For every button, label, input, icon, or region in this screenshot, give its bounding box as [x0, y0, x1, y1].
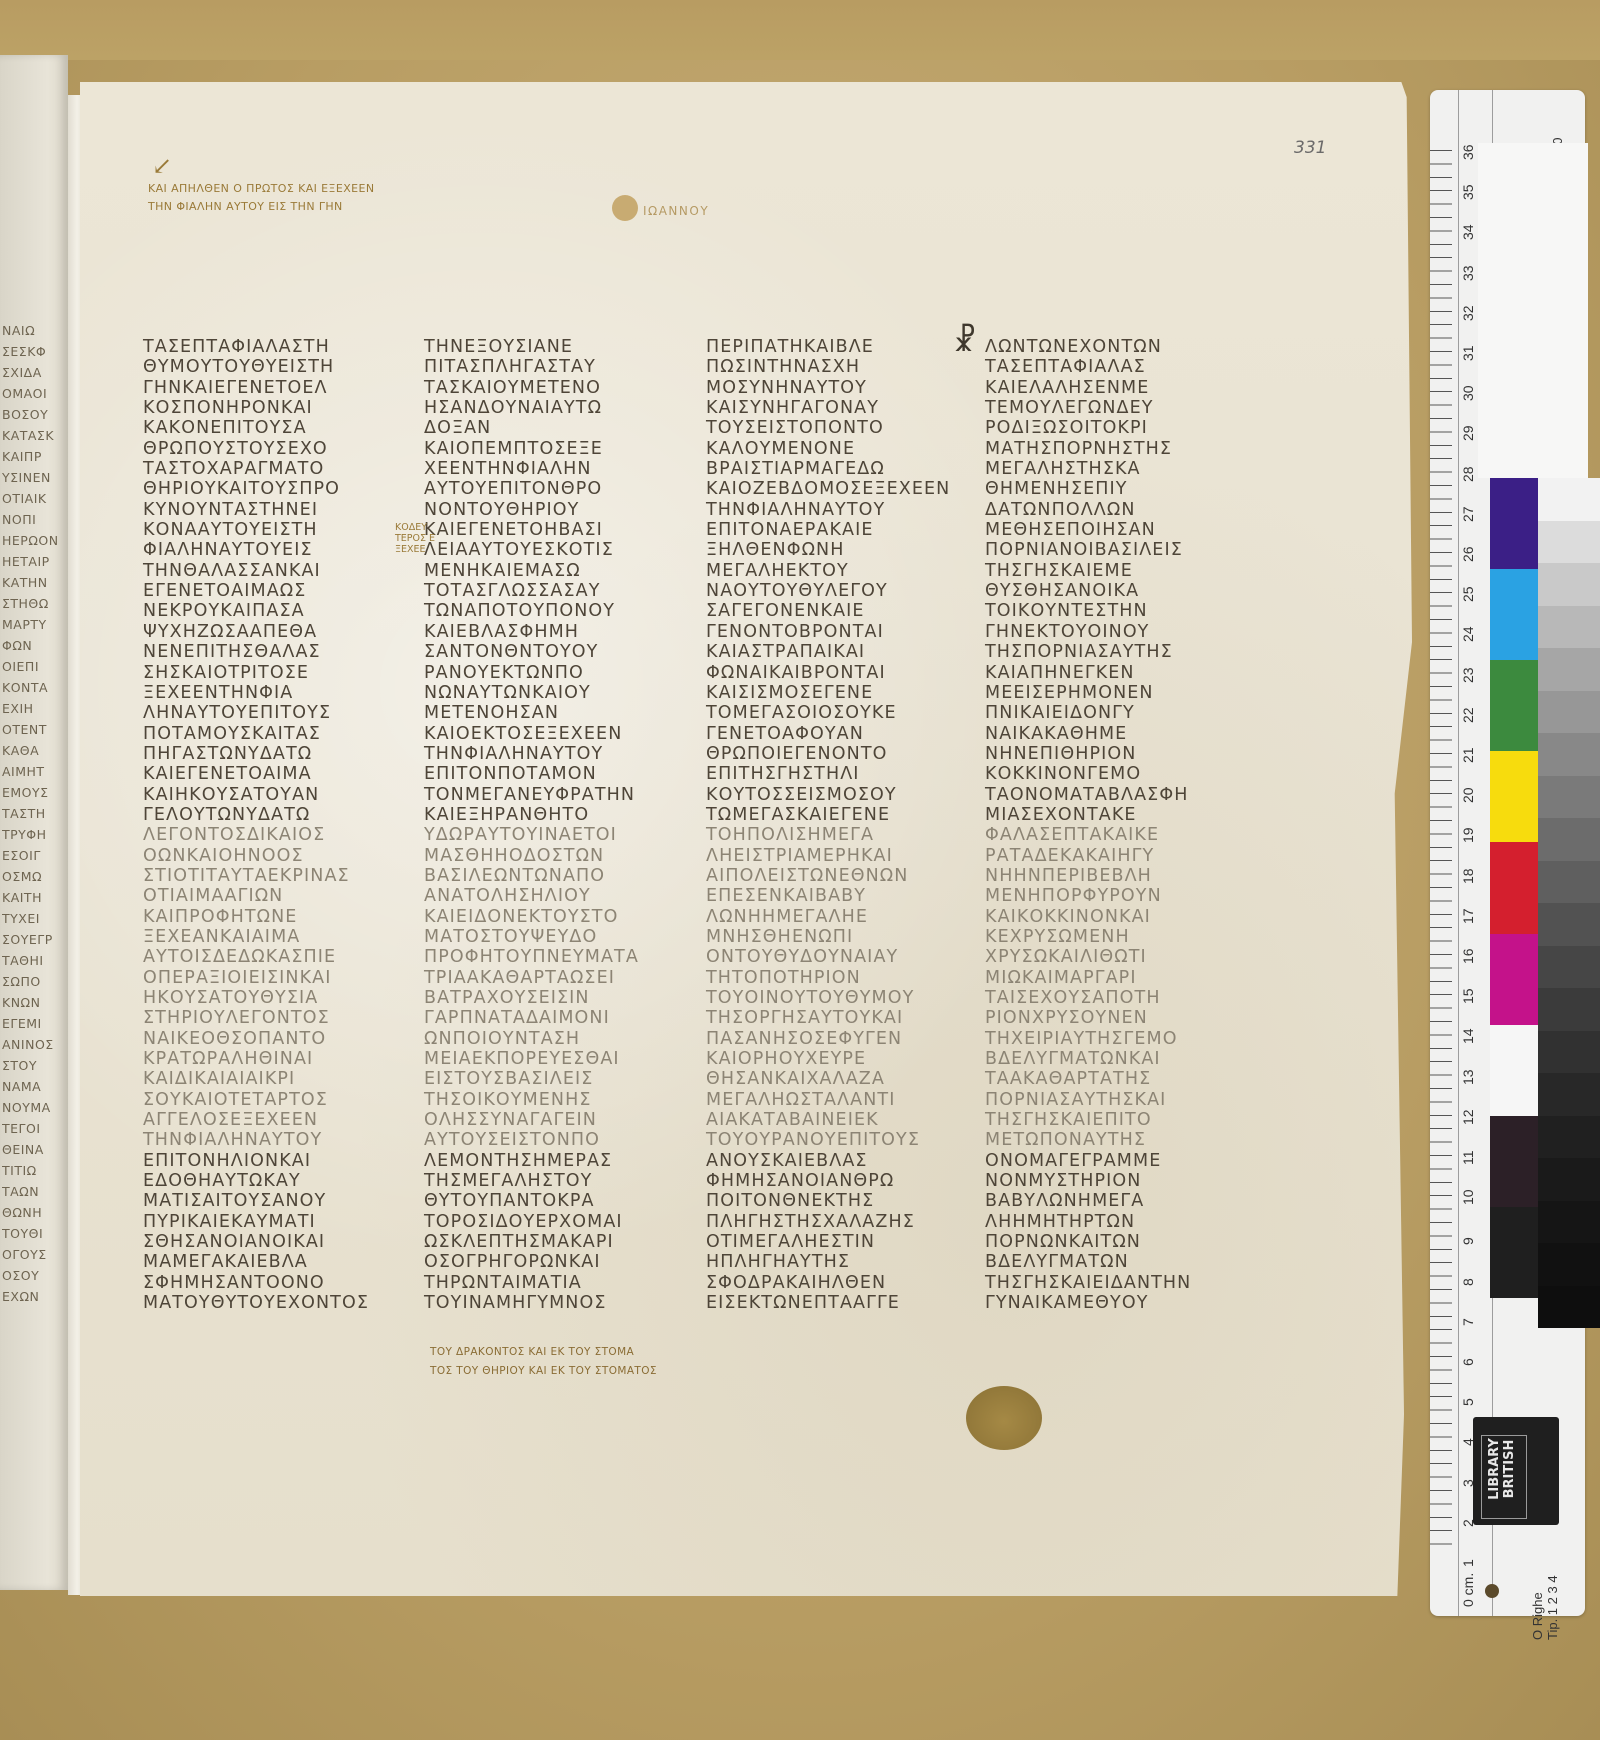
- verso-line: ΚΟΝΤΑ: [2, 677, 66, 698]
- color-swatch: [1490, 1207, 1538, 1298]
- text-line: ΠΟΡΝΙΑΣΑΥΤΗΣΚΑΙ: [985, 1090, 1191, 1110]
- insertion-arrow-icon: ↙: [152, 152, 172, 180]
- text-line: ΗΠΛΗΓΗΑΥΤΗΣ: [706, 1252, 950, 1272]
- staurogram-cross-icon: ☧: [953, 324, 977, 359]
- text-line: ΓΗΝΚΑΙΕΓΕΝΕΤΟΕΛ: [143, 378, 369, 398]
- text-line: ΤΕΜΟΥΛΕΓΩΝΔΕΥ: [985, 398, 1191, 418]
- verso-line: ΥΣΙΝΕΝ: [2, 467, 66, 488]
- verso-line: ΚΑΤΑΣΚ: [2, 425, 66, 446]
- text-line: ΧΡΥΣΩΚΑΙΛΙΘΩΤΙ: [985, 947, 1191, 967]
- text-line: ΜΕΙΑΕΚΠΟΡΕΥΕΣΘΑΙ: [424, 1049, 639, 1069]
- gray-step: [1538, 733, 1600, 776]
- ruler-number: 30: [1460, 386, 1476, 402]
- text-line: ΚΑΙΕΓΕΝΕΤΟΑΙΜΑ: [143, 764, 369, 784]
- text-line: ΛΗΕΙΣΤΡΙΑΜΕΡΗΚΑΙ: [706, 846, 950, 866]
- text-line: ΜΕΝΗΚΑΙΕΜΑΣΩ: [424, 561, 639, 581]
- verso-line: ΕΓΕΜΙ: [2, 1013, 66, 1034]
- ruler-number: 9: [1460, 1238, 1476, 1246]
- ruler-number: 18: [1460, 868, 1476, 884]
- text-line: ΛΕΓΟΝΤΟΣΔΙΚΑΙΟΣ: [143, 825, 369, 845]
- text-line: ΤΟΤΑΣΓΛΩΣΣΑΣΑΥ: [424, 581, 639, 601]
- gray-step: [1538, 478, 1600, 521]
- text-line: ΜΑΣΘΗΗΟΔΟΣΤΩΝ: [424, 846, 639, 866]
- text-line: ΠΝΙΚΑΙΕΙΔΟΝΓΥ: [985, 703, 1191, 723]
- text-line: ΧΕΕΝΤΗΝΦΙΑΛΗΝ: [424, 459, 639, 479]
- text-line: ΓΑΡΠΝΑΤΑΔΑΙΜΟΝΙ: [424, 1008, 639, 1028]
- verso-line: ΝΟΥΜΑ: [2, 1097, 66, 1118]
- ruler-number: 10: [1460, 1190, 1476, 1206]
- verso-text-fragments: ΝΑΙΩΣΕΣΚΦΣΧΙΔΑΟΜΑΟΙΒΟΣΟΥΚΑΤΑΣΚΚΑΙΠΡΥΣΙΝΕ…: [2, 320, 66, 1307]
- text-line: ΕΠΕΣΕΝΚΑΙΒΑΒΥ: [706, 886, 950, 906]
- text-line: ΤΟΙΚΟΥΝΤΕΣΤΗΝ: [985, 601, 1191, 621]
- verso-line: ΗΕΡΩΟΝ: [2, 530, 66, 551]
- verso-line: ΟΤΕΝΤ: [2, 719, 66, 740]
- text-line: ΤΑΣΚΑΙΟΥΜΕΤΕΝΟ: [424, 378, 639, 398]
- text-line: ΟΤΙΑΙΜΑΑΓΙΩΝ: [143, 886, 369, 906]
- text-line: ΣΑΓΕΓΟΝΕΝΚΑΙΕ: [706, 601, 950, 621]
- text-line: ΚΑΙΑΠΗΝΕΓΚΕΝ: [985, 663, 1191, 683]
- gray-step: [1538, 988, 1600, 1031]
- verso-line: ΝΑΜΑ: [2, 1076, 66, 1097]
- text-line: ΚΑΙΟΖΕΒΔΟΜΟΣΕΞΕΧΕΕΝ: [706, 479, 950, 499]
- text-column-4: ΛΩΝΤΩΝΕΧΟΝΤΩΝΤΑΣΕΠΤΑΦΙΑΛΑΣΚΑΙΕΛΑΛΗΣΕΝΜΕΤ…: [985, 337, 1191, 1314]
- gray-step: [1538, 946, 1600, 989]
- ruler-number: 27: [1460, 506, 1476, 522]
- text-line: ΚΥΝΟΥΝΤΑΣΤΗΝΕΙ: [143, 500, 369, 520]
- text-line: ΜΕΕΙΣΕΡΗΜΟΝΕΝ: [985, 683, 1191, 703]
- text-line: ΠΗΓΑΣΤΩΝΥΔΑΤΩ: [143, 744, 369, 764]
- text-line: ΚΡΑΤΩΡΑΛΗΘΙΝΑΙ: [143, 1049, 369, 1069]
- verso-line: ΚΑΙΤΗ: [2, 887, 66, 908]
- intercolumnar-correction: ΚΟΔΕΥ ΤΕΡΟΣ Ε ΞΕΧΕΕ: [395, 522, 435, 555]
- tag-text: LIBRARY BRITISH: [1487, 1429, 1517, 1509]
- text-line: ΤΗΝΕΞΟΥΣΙΑΝΕ: [424, 337, 639, 357]
- text-line: ΜΕΓΑΛΗΕΚΤΟΥ: [706, 561, 950, 581]
- text-line: ΚΑΙΣΥΝΗΓΑΓΟΝΑΥ: [706, 398, 950, 418]
- ruler-number: 29: [1460, 426, 1476, 442]
- verso-line: ΒΟΣΟΥ: [2, 404, 66, 425]
- text-line: ΝΑΟΥΤΟΥΘΥΛΕΓΟΥ: [706, 581, 950, 601]
- text-line: ΒΔΕΛΥΓΜΑΤΩΝ: [985, 1252, 1191, 1272]
- text-line: ΟΠΕΡΑΞΙΟΙΕΙΣΙΝΚΑΙ: [143, 968, 369, 988]
- text-line: ΜΙΑΣΕΧΟΝΤΑΚΕ: [985, 805, 1191, 825]
- text-line: ΡΙΟΝΧΡΥΣΟΥΝΕΝ: [985, 1008, 1191, 1028]
- text-line: ΝΕΝΕΠΙΤΗΣΘΑΛΑΣ: [143, 642, 369, 662]
- text-line: ΒΔΕΛΥΓΜΑΤΩΝΚΑΙ: [985, 1049, 1191, 1069]
- text-line: ΛΗΗΜΗΤΗΡΤΩΝ: [985, 1212, 1191, 1232]
- verso-line: ΤΑΣΤΗ: [2, 803, 66, 824]
- verso-line: ΗΕΤΑΙΡ: [2, 551, 66, 572]
- text-line: ΘΡΩΠΟΙΕΓΕΝΟΝΤΟ: [706, 744, 950, 764]
- text-line: ΝΗΝΕΠΙΘΗΡΙΟΝ: [985, 744, 1191, 764]
- text-line: ΚΟΚΚΙΝΟΝΓΕΜΟ: [985, 764, 1191, 784]
- verso-line: ΤΑΩΝ: [2, 1181, 66, 1202]
- ruler-number: 7: [1460, 1318, 1476, 1326]
- margin-note-line: ΤΗΝ ΦΙΑΛΗΝ ΑΥΤΟΥ ΕΙΣ ΤΗΝ ΓΗΝ: [148, 198, 375, 216]
- color-swatch: [1490, 569, 1538, 660]
- text-line: ΠΡΟΦΗΤΟΥΠΝΕΥΜΑΤΑ: [424, 947, 639, 967]
- text-line: ΣΦΗΜΗΣΑΝΤΟΟΝΟ: [143, 1273, 369, 1293]
- text-line: ΟΣΟΓΡΗΓΟΡΩΝΚΑΙ: [424, 1252, 639, 1272]
- text-line: ΤΗΡΩΝΤΑΙΜΑΤΙΑ: [424, 1273, 639, 1293]
- text-line: ΑΙΑΚΑΤΑΒΑΙΝΕΙΕΚ: [706, 1110, 950, 1130]
- gray-step: [1538, 1158, 1600, 1201]
- verso-line: ΕΧΩΝ: [2, 1286, 66, 1307]
- text-line: ΜΙΩΚΑΙΜΑΡΓΑΡΙ: [985, 968, 1191, 988]
- verso-line: ΣΟΥΕΓΡ: [2, 929, 66, 950]
- gray-step: [1538, 1031, 1600, 1074]
- text-line: ΔΑΤΩΝΠΟΛΛΩΝ: [985, 500, 1191, 520]
- ruler-number: 36: [1460, 144, 1476, 160]
- text-line: ΞΕΧΕΑΝΚΑΙΑΙΜΑ: [143, 927, 369, 947]
- ruler-number: 11: [1460, 1150, 1476, 1165]
- text-line: ΤΟΡΟΣΙΔΟΥΕΡΧΟΜΑΙ: [424, 1212, 639, 1232]
- ruler-bottom-label: O Righe Tip. 1 2 3 4: [1530, 1570, 1560, 1640]
- text-line: ΕΠΙΤΟΝΗΛΙΟΝΚΑΙ: [143, 1151, 369, 1171]
- text-line: ΤΟΜΕΓΑΣΟΙΟΣΟΥΚΕ: [706, 703, 950, 723]
- ruler-hole: [1485, 1584, 1499, 1598]
- text-line: ΚΑΙΟΕΚΤΟΣΕΞΕΧΕΕΝ: [424, 724, 639, 744]
- ruler-number: 15: [1460, 989, 1476, 1005]
- text-line: ΚΟΣΠΟΝΗΡΟΝΚΑΙ: [143, 398, 369, 418]
- text-line: ΤΡΙΑΑΚΑΘΑΡΤΑΩΣΕΙ: [424, 968, 639, 988]
- verso-line: ΚΑΙΠΡ: [2, 446, 66, 467]
- text-line: ΝΗΗΝΠΕΡΙΒΕΒΛΗ: [985, 866, 1191, 886]
- gray-step: [1538, 606, 1600, 649]
- text-line: ΘΗΡΙΟΥΚΑΙΤΟΥΣΠΡΟ: [143, 479, 369, 499]
- text-line: ΤΗΣΓΗΣΚΑΙΕΜΕ: [985, 561, 1191, 581]
- text-line: ΤΟΥΙΝΑΜΗΓΥΜΝΟΣ: [424, 1293, 639, 1313]
- text-line: ΠΟΡΝΩΝΚΑΙΤΩΝ: [985, 1232, 1191, 1252]
- verso-line: ΟΣΜΩ: [2, 866, 66, 887]
- text-line: ΤΟΥΟΥΡΑΝΟΥΕΠΙΤΟΥΣ: [706, 1130, 950, 1150]
- ruler-number: 21: [1460, 747, 1476, 763]
- text-line: ΘΥΤΟΥΠΑΝΤΟΚΡΑ: [424, 1191, 639, 1211]
- ruler-number: 24: [1460, 627, 1476, 643]
- ruler-line: [1458, 90, 1459, 1616]
- running-title: ΙΩΑΝΝΟΥ: [643, 204, 709, 218]
- text-line: ΜΝΗΣΘΗΕΝΩΠΙ: [706, 927, 950, 947]
- text-line: ΤΗΣΠΟΡΝΙΑΣΑΥΤΗΣ: [985, 642, 1191, 662]
- text-line: ΤΗΤΟΠΟΤΗΡΙΟΝ: [706, 968, 950, 988]
- gray-step: [1538, 1243, 1600, 1286]
- text-line: ΜΕΓΑΛΗΩΣΤΑΛΑΝΤΙ: [706, 1090, 950, 1110]
- text-line: ΟΝΟΜΑΓΕΓΡΑΜΜΕ: [985, 1151, 1191, 1171]
- verso-line: ΝΟΠΙ: [2, 509, 66, 530]
- ruler-number: 1: [1460, 1559, 1476, 1567]
- margin-note-line: ΚΑΙ ΑΠΗΛΘΕΝ Ο ΠΡΩΤΟΣ ΚΑΙ ΕΞΕΧΕΕΝ: [148, 180, 375, 198]
- gray-step: [1538, 563, 1600, 606]
- text-line: ΠΩΣΙΝΤΗΝΑΣΧΗ: [706, 357, 950, 377]
- gray-step: [1538, 1201, 1600, 1244]
- text-line: ΛΕΜΟΝΤΗΣΗΜΕΡΑΣ: [424, 1151, 639, 1171]
- text-line: ΠΟΡΝΙΑΝΟΙΒΑΣΙΛΕΙΣ: [985, 540, 1191, 560]
- text-line: ΠΟΤΑΜΟΥΣΚΑΙΤΑΣ: [143, 724, 369, 744]
- text-line: ΘΗΣΑΝΚΑΙΧΑΛΑΖΑ: [706, 1069, 950, 1089]
- text-line: ΚΑΛΟΥΜΕΝΟΝΕ: [706, 439, 950, 459]
- text-line: ΩΣΚΛΕΠΤΗΣΜΑΚΑΡΙ: [424, 1232, 639, 1252]
- text-line: ΚΑΙΚΟΚΚΙΝΟΝΚΑΙ: [985, 907, 1191, 927]
- text-line: ΤΗΣΓΗΣΚΑΙΕΠΙΤΟ: [985, 1110, 1191, 1130]
- text-line: ΠΑΣΑΝΗΣΟΣΕΦΥΓΕΝ: [706, 1029, 950, 1049]
- text-line: ΕΠΙΤΟΝΑΕΡΑΚΑΙΕ: [706, 520, 950, 540]
- text-line: ΣΑΝΤΟΝΘΝΤΟΥΟΥ: [424, 642, 639, 662]
- gray-step: [1538, 861, 1600, 904]
- text-line: ΤΗΣΜΕΓΑΛΗΣΤΟΥ: [424, 1171, 639, 1191]
- text-line: ΚΑΙΕΞΗΡΑΝΘΗΤΟ: [424, 805, 639, 825]
- text-line: ΜΑΤΗΣΠΟΡΝΗΣΤΗΣ: [985, 439, 1191, 459]
- text-line: ΗΚΟΥΣΑΤΟΥΘΥΣΙΑ: [143, 988, 369, 1008]
- text-line: ΤΑΙΣΕΧΟΥΣΑΠΟΤΗ: [985, 988, 1191, 1008]
- text-line: ΤΗΣΟΡΓΗΣΑΥΤΟΥΚΑΙ: [706, 1008, 950, 1028]
- verso-line: ΤΟΥΘΙ: [2, 1223, 66, 1244]
- color-swatch: [1490, 1025, 1538, 1116]
- color-swatch: [1490, 660, 1538, 751]
- text-line: ΜΕΤΩΠΟΝΑΥΤΗΣ: [985, 1130, 1191, 1150]
- mounting-board-top: [0, 0, 1600, 60]
- text-line: ΡΑΝΟΥΕΚΤΩΝΠΟ: [424, 663, 639, 683]
- text-line: ΟΝΤΟΥΘΥΔΟΥΝΑΙΑΥ: [706, 947, 950, 967]
- color-swatch: [1490, 751, 1538, 842]
- ruler-number: 6: [1460, 1358, 1476, 1366]
- text-line: ΤΑΑΚΑΘΑΡΤΑΤΗΣ: [985, 1069, 1191, 1089]
- text-line: ΟΩΝΚΑΙΟΗΝΟΟΣ: [143, 846, 369, 866]
- text-line: ΤΟΥΣΕΙΣΤΟΠΟΝΤΟ: [706, 418, 950, 438]
- text-line: ΤΗΣΟΙΚΟΥΜΕΝΗΣ: [424, 1090, 639, 1110]
- tag-line: LIBRARY: [1487, 1429, 1502, 1509]
- ruler-number: 28: [1460, 466, 1476, 482]
- text-line: ΘΥΣΘΗΣΑΝΟΙΚΑ: [985, 581, 1191, 601]
- note-line: ΤΟΣ ΤΟΥ ΘΗΡΙΟΥ ΚΑΙ ΕΚ ΤΟΥ ΣΤΟΜΑΤΟΣ: [430, 1362, 657, 1381]
- ruler-number: 16: [1460, 948, 1476, 964]
- text-line: ΤΗΝΦΙΑΛΗΝΑΥΤΟΥ: [706, 500, 950, 520]
- ruler-number: 14: [1460, 1029, 1476, 1045]
- text-line: ΣΦΟΔΡΑΚΑΙΗΛΘΕΝ: [706, 1273, 950, 1293]
- text-line: ΘΥΜΟΥΤΟΥΘΥΕΙΣΤΗ: [143, 357, 369, 377]
- text-line: ΝΟΝΜΥΣΤΗΡΙΟΝ: [985, 1171, 1191, 1191]
- text-line: ΞΗΛΘΕΝΦΩΝΗ: [706, 540, 950, 560]
- text-line: ΠΙΤΑΣΠΛΗΓΑΣΤΑΥ: [424, 357, 639, 377]
- verso-line: ΤΥΧΕΙ: [2, 908, 66, 929]
- text-line: ΟΛΗΣΣΥΝΑΓΑΓΕΙΝ: [424, 1110, 639, 1130]
- ruler-number: 25: [1460, 587, 1476, 603]
- gray-step: [1538, 521, 1600, 564]
- ruler-number: 17: [1460, 908, 1476, 924]
- ruler-number: 13: [1460, 1069, 1476, 1085]
- verso-line: ΤΡΥΦΗ: [2, 824, 66, 845]
- text-line: ΘΗΜΕΝΗΣΕΠΙΥ: [985, 479, 1191, 499]
- text-line: ΒΑΤΡΑΧΟΥΣΕΙΣΙΝ: [424, 988, 639, 1008]
- text-line: ΕΠΙΤΟΝΠΟΤΑΜΟΝ: [424, 764, 639, 784]
- ruler-number: 33: [1460, 265, 1476, 281]
- bottom-margin-correction: ΤΟΥ ΔΡΑΚΟΝΤΟΣ ΚΑΙ ΕΚ ΤΟΥ ΣΤΟΜΑ ΤΟΣ ΤΟΥ Θ…: [430, 1343, 657, 1381]
- verso-page-edge: ΝΑΙΩΣΕΣΚΦΣΧΙΔΑΟΜΑΟΙΒΟΣΟΥΚΑΤΑΣΚΚΑΙΠΡΥΣΙΝΕ…: [0, 55, 68, 1590]
- verso-line: ΝΑΙΩ: [2, 320, 66, 341]
- note-line: ΚΟΔΕΥ: [395, 522, 435, 533]
- text-line: ΕΙΣΤΟΥΣΒΑΣΙΛΕΙΣ: [424, 1069, 639, 1089]
- text-line: ΠΥΡΙΚΑΙΕΚΑΥΜΑΤΙ: [143, 1212, 369, 1232]
- ruler-number: 12: [1460, 1109, 1476, 1125]
- folio-number: 331: [1294, 138, 1326, 158]
- verso-line: ΤΙΤΙΩ: [2, 1160, 66, 1181]
- text-line: ΜΕΓΑΛΗΣΤΗΣΚΑ: [985, 459, 1191, 479]
- color-swatch: [1490, 478, 1538, 569]
- text-column-2: ΤΗΝΕΞΟΥΣΙΑΝΕΠΙΤΑΣΠΛΗΓΑΣΤΑΥΤΑΣΚΑΙΟΥΜΕΤΕΝΟ…: [424, 337, 639, 1314]
- text-line: ΒΡΑΙΣΤΙΑΡΜΑΓΕΔΩ: [706, 459, 950, 479]
- text-line: ΚΑΙΔΙΚΑΙΑΙΑΙΚΡΙ: [143, 1069, 369, 1089]
- verso-line: ΤΑΘΗΙ: [2, 950, 66, 971]
- text-line: ΚΑΙΠΡΟΦΗΤΩΝΕ: [143, 907, 369, 927]
- text-line: ΓΕΝΕΤΟΑΦΟΥΑΝ: [706, 724, 950, 744]
- text-line: ΦΩΝΑΙΚΑΙΒΡΟΝΤΑΙ: [706, 663, 950, 683]
- text-line: ΒΑΒΥΛΩΝΗΜΕΓΑ: [985, 1191, 1191, 1211]
- gray-step: [1538, 1116, 1600, 1159]
- gray-step: [1538, 818, 1600, 861]
- verso-line: ΚΝΩΝ: [2, 992, 66, 1013]
- verso-line: ΦΩΝ: [2, 635, 66, 656]
- parchment-hole: [966, 1386, 1042, 1450]
- text-line: ΛΩΝΗΗΜΕΓΑΛΗΕ: [706, 907, 950, 927]
- text-line: ΛΕΙΑΑΥΤΟΥΕΣΚΟΤΙΣ: [424, 540, 639, 560]
- verso-line: ΤΕΓΟΙ: [2, 1118, 66, 1139]
- text-line: ΤΩΜΕΓΑΣΚΑΙΕΓΕΝΕ: [706, 805, 950, 825]
- text-line: ΤΗΝΘΑΛΑΣΣΑΝΚΑΙ: [143, 561, 369, 581]
- verso-line: ΣΧΙΔΑ: [2, 362, 66, 383]
- text-line: ΤΑΣΕΠΤΑΦΙΑΛΑΣΤΗ: [143, 337, 369, 357]
- text-line: ΜΕΘΗΣΕΠΟΙΗΣΑΝ: [985, 520, 1191, 540]
- text-line: ΒΑΣΙΛΕΩΝΤΩΝΑΠΟ: [424, 866, 639, 886]
- text-line: ΤΑΟΝΟΜΑΤΑΒΛΑΣΦΗ: [985, 785, 1191, 805]
- text-line: ΜΑΜΕΓΑΚΑΙΕΒΛΑ: [143, 1252, 369, 1272]
- text-line: ΝΑΙΚΑΚΑΘΗΜΕ: [985, 724, 1191, 744]
- color-card-white-panel: [1478, 143, 1588, 478]
- top-margin-correction: ΚΑΙ ΑΠΗΛΘΕΝ Ο ΠΡΩΤΟΣ ΚΑΙ ΕΞΕΧΕΕΝ ΤΗΝ ΦΙΑ…: [148, 180, 375, 216]
- verso-line: ΟΙΕΠΙ: [2, 656, 66, 677]
- text-line: ΑΥΤΟΙΣΔΕΔΩΚΑΣΠΙΕ: [143, 947, 369, 967]
- text-line: ΦΑΛΑΣΕΠΤΑΚΑΙΚΕ: [985, 825, 1191, 845]
- text-line: ΚΟΥΤΟΣΣΕΙΣΜΟΣΟΥ: [706, 785, 950, 805]
- text-line: ΣΟΥΚΑΙΟΤΕΤΑΡΤΟΣ: [143, 1090, 369, 1110]
- verso-line: ΘΩΝΗ: [2, 1202, 66, 1223]
- color-swatch: [1490, 1116, 1538, 1207]
- verso-line: ΚΑΤΗΝ: [2, 572, 66, 593]
- gray-scale: [1538, 478, 1600, 1328]
- verso-line: ΟΣΟΥ: [2, 1265, 66, 1286]
- text-line: ΤΑΣΤΟΧΑΡΑΓΜΑΤΟ: [143, 459, 369, 479]
- ruler-number: 19: [1460, 828, 1476, 844]
- text-line: ΑΥΤΟΥΕΠΙΤΟΝΘΡΟ: [424, 479, 639, 499]
- text-line: ΗΣΑΝΔΟΥΝΑΙΑΥΤΩ: [424, 398, 639, 418]
- text-line: ΔΟΞΑΝ: [424, 418, 639, 438]
- ruler-number: 35: [1460, 185, 1476, 201]
- text-line: ΤΗΣΓΗΣΚΑΙΕΙΔΑΝΤΗΝ: [985, 1273, 1191, 1293]
- ruler-number: 0 cm.: [1460, 1573, 1476, 1607]
- text-line: ΥΔΩΡΑΥΤΟΥΙΝΑΕΤΟΙ: [424, 825, 639, 845]
- gray-step: [1538, 776, 1600, 819]
- verso-line: ΚΑΘΑ: [2, 740, 66, 761]
- text-line: ΓΕΝΟΝΤΟΒΡΟΝΤΑΙ: [706, 622, 950, 642]
- text-line: ΚΑΙΑΣΤΡΑΠΑΙΚΑΙ: [706, 642, 950, 662]
- gray-step: [1538, 691, 1600, 734]
- ruler-number: 20: [1460, 788, 1476, 804]
- text-line: ΚΑΙΕΒΛΑΣΦΗΜΗ: [424, 622, 639, 642]
- ruler-ticks: [1430, 150, 1452, 1550]
- text-line: ΚΑΙΟΠΕΜΠΤΟΣΕΞΕ: [424, 439, 639, 459]
- gray-step: [1538, 1073, 1600, 1116]
- text-line: ΡΑΤΑΔΕΚΑΚΑΙΗΓΥ: [985, 846, 1191, 866]
- ruler-number: 8: [1460, 1278, 1476, 1286]
- verso-line: ΣΤΗΘΩ: [2, 593, 66, 614]
- text-line: ΚΑΙΕΙΔΟΝΕΚΤΟΥΣΤΟ: [424, 907, 639, 927]
- text-line: ΩΝΠΟΙΟΥΝΤΑΣΗ: [424, 1029, 639, 1049]
- text-line: ΤΟΥΟΙΝΟΥΤΟΥΘΥΜΟΥ: [706, 988, 950, 1008]
- verso-line: ΑΝΙΝΟΣ: [2, 1034, 66, 1055]
- text-line: ΜΑΤΟΥΘΥΤΟΥΕΧΟΝΤΟΣ: [143, 1293, 369, 1313]
- text-line: ΕΓΕΝΕΤΟΑΙΜΑΩΣ: [143, 581, 369, 601]
- text-line: ΜΑΤΟΣΤΟΥΨΕΥΔΟ: [424, 927, 639, 947]
- verso-line: ΕΧΙΗ: [2, 698, 66, 719]
- text-line: ΕΠΙΤΗΣΓΗΣΤΗΛΙ: [706, 764, 950, 784]
- gray-step: [1538, 648, 1600, 691]
- ruler-number: 31: [1460, 345, 1476, 361]
- text-line: ΡΟΔΙΞΩΣΟΙΤΟΚΡΙ: [985, 418, 1191, 438]
- text-line: ΞΕΧΕΕΝΤΗΝΦΙΑ: [143, 683, 369, 703]
- ruler-number: 23: [1460, 667, 1476, 683]
- text-line: ΣΘΗΣΑΝΟΙΑΝΟΙΚΑΙ: [143, 1232, 369, 1252]
- text-line: ΚΑΙΟΡΗΟΥΧΕΥΡΕ: [706, 1049, 950, 1069]
- text-line: ΤΟΗΠΟΛΙΣΗΜΕΓΑ: [706, 825, 950, 845]
- stain-dot: [612, 195, 638, 221]
- text-line: ΤΗΧΕΙΡΙΑΥΤΗΣΓΕΜΟ: [985, 1029, 1191, 1049]
- text-line: ΜΕΤΕΝΟΗΣΑΝ: [424, 703, 639, 723]
- text-line: ΟΤΙΜΕΓΑΛΗΕΣΤΙΝ: [706, 1232, 950, 1252]
- text-line: ΚΑΙΣΙΣΜΟΣΕΓΕΝΕ: [706, 683, 950, 703]
- text-line: ΛΗΝΑΥΤΟΥΕΠΙΤΟΥΣ: [143, 703, 369, 723]
- text-line: ΛΩΝΤΩΝΕΧΟΝΤΩΝ: [985, 337, 1191, 357]
- text-line: ΝΩΝΑΥΤΩΝΚΑΙΟΥ: [424, 683, 639, 703]
- text-line: ΝΟΝΤΟΥΘΗΡΙΟΥ: [424, 500, 639, 520]
- text-line: ΦΗΜΗΣΑΝΟΙΑΝΘΡΩ: [706, 1171, 950, 1191]
- color-swatches: [1490, 478, 1540, 1298]
- verso-line: ΟΤΙΑΙΚ: [2, 488, 66, 509]
- text-line: ΚΑΙΕΓΕΝΕΤΟΗΒΑΣΙ: [424, 520, 639, 540]
- british-library-tag: LIBRARY BRITISH: [1473, 1417, 1559, 1525]
- text-line: ΕΔΟΘΗΑΥΤΩΚΑΥ: [143, 1171, 369, 1191]
- color-swatch: [1490, 842, 1538, 933]
- text-line: ΝΑΙΚΕΟΘΣΟΠΑΝΤΟ: [143, 1029, 369, 1049]
- gray-step: [1538, 1286, 1600, 1329]
- text-column-3: ΠΕΡΙΠΑΤΗΚΑΙΒΛΕΠΩΣΙΝΤΗΝΑΣΧΗΜΟΣΥΝΗΝΑΥΤΟΥΚΑ…: [706, 337, 950, 1314]
- text-line: ΜΑΤΙΣΑΙΤΟΥΣΑΝΟΥ: [143, 1191, 369, 1211]
- note-line: ΤΟΥ ΔΡΑΚΟΝΤΟΣ ΚΑΙ ΕΚ ΤΟΥ ΣΤΟΜΑ: [430, 1343, 657, 1362]
- text-line: ΣΗΣΚΑΙΟΤΡΙΤΟΣΕ: [143, 663, 369, 683]
- verso-line: ΣΤΟΥ: [2, 1055, 66, 1076]
- ruler-number: 32: [1460, 305, 1476, 321]
- text-line: ΓΥΝΑΙΚΑΜΕΘΥΟΥ: [985, 1293, 1191, 1313]
- gray-step: [1538, 903, 1600, 946]
- text-line: ΓΗΝΕΚΤΟΥΟΙΝΟΥ: [985, 622, 1191, 642]
- text-line: ΚΑΚΟΝΕΠΙΤΟΥΣΑ: [143, 418, 369, 438]
- text-line: ΠΛΗΓΗΣΤΗΣΧΑΛΑΖΗΣ: [706, 1212, 950, 1232]
- verso-line: ΟΜΑΟΙ: [2, 383, 66, 404]
- text-line: ΤΩΝΑΠΟΤΟΥΠΟΝΟΥ: [424, 601, 639, 621]
- text-line: ΑΝΟΥΣΚΑΙΕΒΛΑΣ: [706, 1151, 950, 1171]
- verso-line: ΣΩΠΟ: [2, 971, 66, 992]
- text-line: ΤΟΝΜΕΓΑΝΕΥΦΡΑΤΗΝ: [424, 785, 639, 805]
- text-line: ΜΟΣΥΝΗΝΑΥΤΟΥ: [706, 378, 950, 398]
- ruler-number: 22: [1460, 707, 1476, 723]
- verso-line: ΣΕΣΚΦ: [2, 341, 66, 362]
